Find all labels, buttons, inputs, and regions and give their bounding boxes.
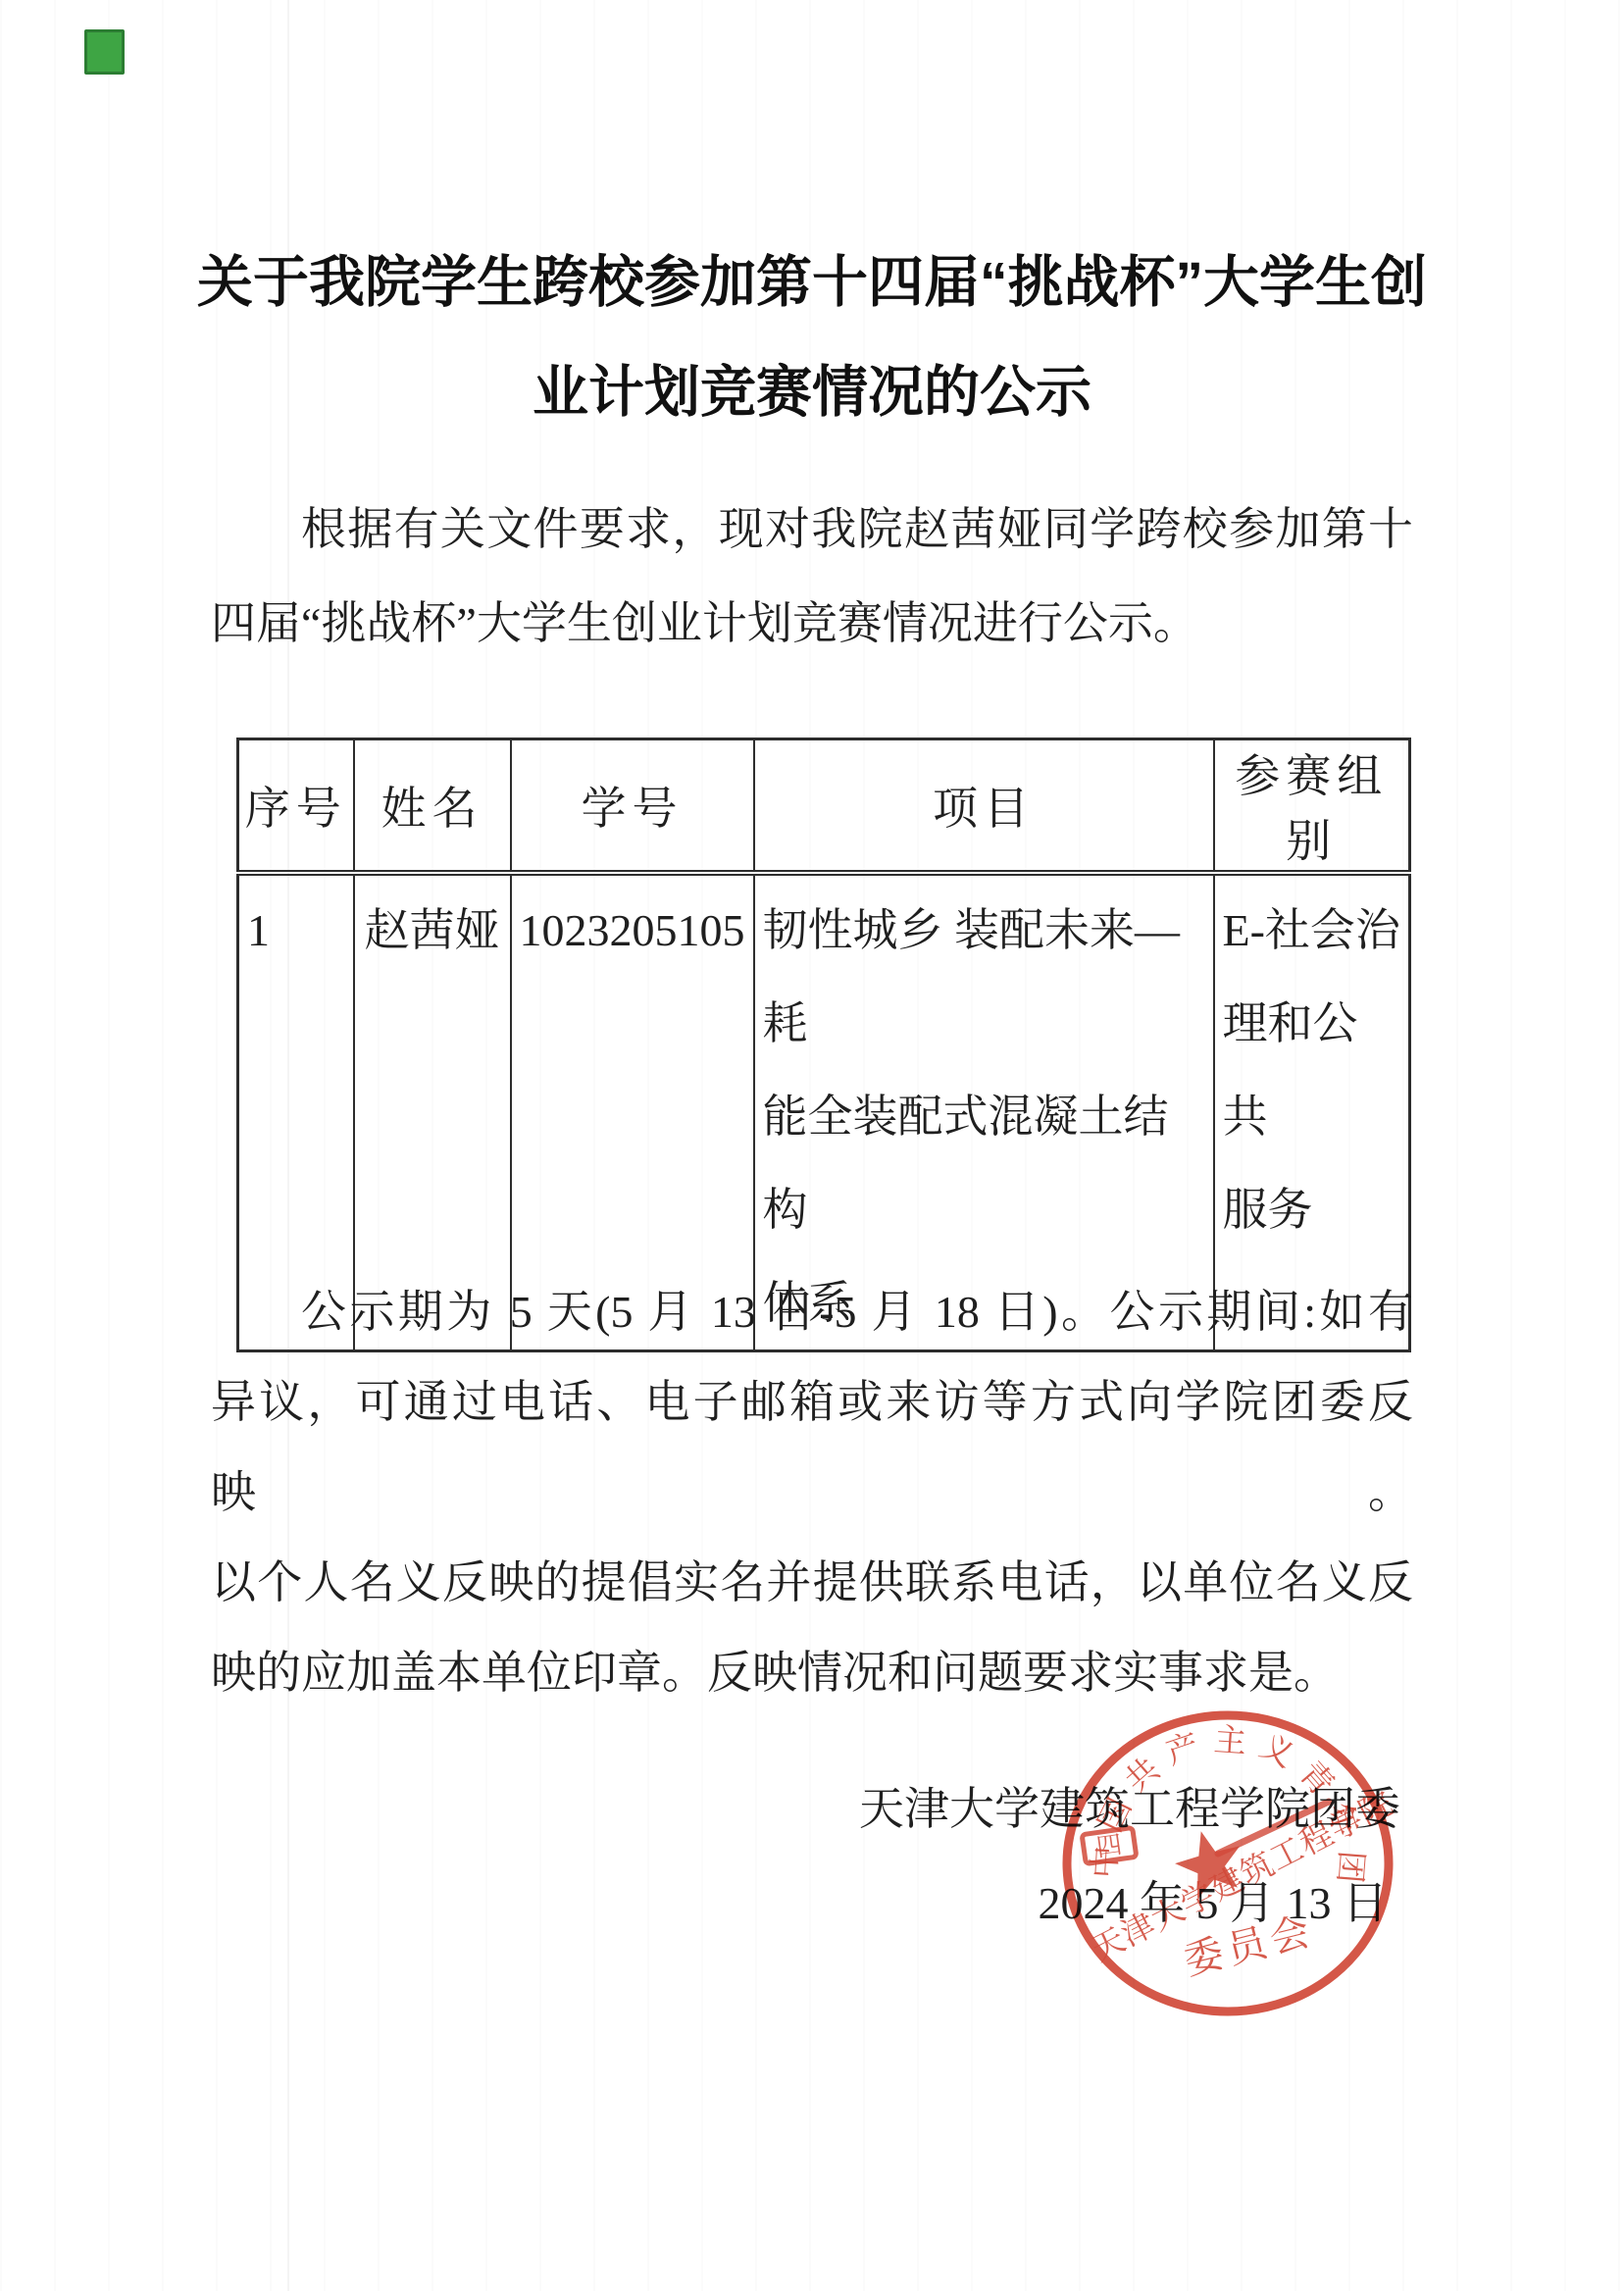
scanned-notice-page: 关于我院学生跨校参加第十四届“挑战杯”大学生创 业计划竞赛情况的公示 根据有关文… bbox=[0, 0, 1624, 2291]
col-header-student-id: 学号 bbox=[511, 739, 754, 874]
paragraph-line: 公示期为 5 天(5 月 13 日-5 月 18 日)。公示期间:如有 bbox=[211, 1267, 1413, 1357]
paragraph-line: 根据有关文件要求，现对我院赵茜娅同学跨校参加第十 bbox=[211, 483, 1413, 577]
seal-box-char: 四 bbox=[1094, 1829, 1124, 1861]
col-header-index: 序号 bbox=[238, 739, 354, 874]
col-header-name: 姓名 bbox=[354, 739, 511, 874]
col-header-group: 参赛组别 bbox=[1214, 739, 1410, 874]
notice-title: 关于我院学生跨校参加第十四届“挑战杯”大学生创 业计划竞赛情况的公示 bbox=[0, 228, 1624, 447]
paragraph-line: 异议，可通过电话、电子邮箱或来访等方式向学院团委反映。 bbox=[211, 1357, 1413, 1538]
paragraph-line: 以个人名义反映的提倡实名并提供联系电话，以单位名义反 bbox=[211, 1538, 1413, 1628]
title-line-2: 业计划竞赛情况的公示 bbox=[0, 337, 1624, 447]
notice-period-paragraph: 公示期为 5 天(5 月 13 日-5 月 18 日)。公示期间:如有 异议，可… bbox=[211, 1267, 1413, 1718]
seal-bottom-text: 委员会 bbox=[1180, 1909, 1319, 1983]
title-line-1: 关于我院学生跨校参加第十四届“挑战杯”大学生创 bbox=[0, 228, 1624, 337]
red-official-seal: 中国共产主义青年团 天津大学建筑工程学院 委员会 四 bbox=[1051, 1702, 1404, 2030]
table-header-row: 序号 姓名 学号 项目 参赛组别 bbox=[238, 739, 1410, 874]
col-header-project: 项目 bbox=[754, 739, 1214, 874]
paragraph-line: 四届“挑战杯”大学生创业计划竞赛情况进行公示。 bbox=[211, 577, 1413, 671]
green-scan-mark bbox=[84, 29, 125, 75]
participants-table: 序号 姓名 学号 项目 参赛组别 1 赵茜娅 1023205105 韧性城乡 装… bbox=[236, 738, 1411, 1352]
intro-paragraph: 根据有关文件要求，现对我院赵茜娅同学跨校参加第十 四届“挑战杯”大学生创业计划竞… bbox=[211, 483, 1413, 671]
